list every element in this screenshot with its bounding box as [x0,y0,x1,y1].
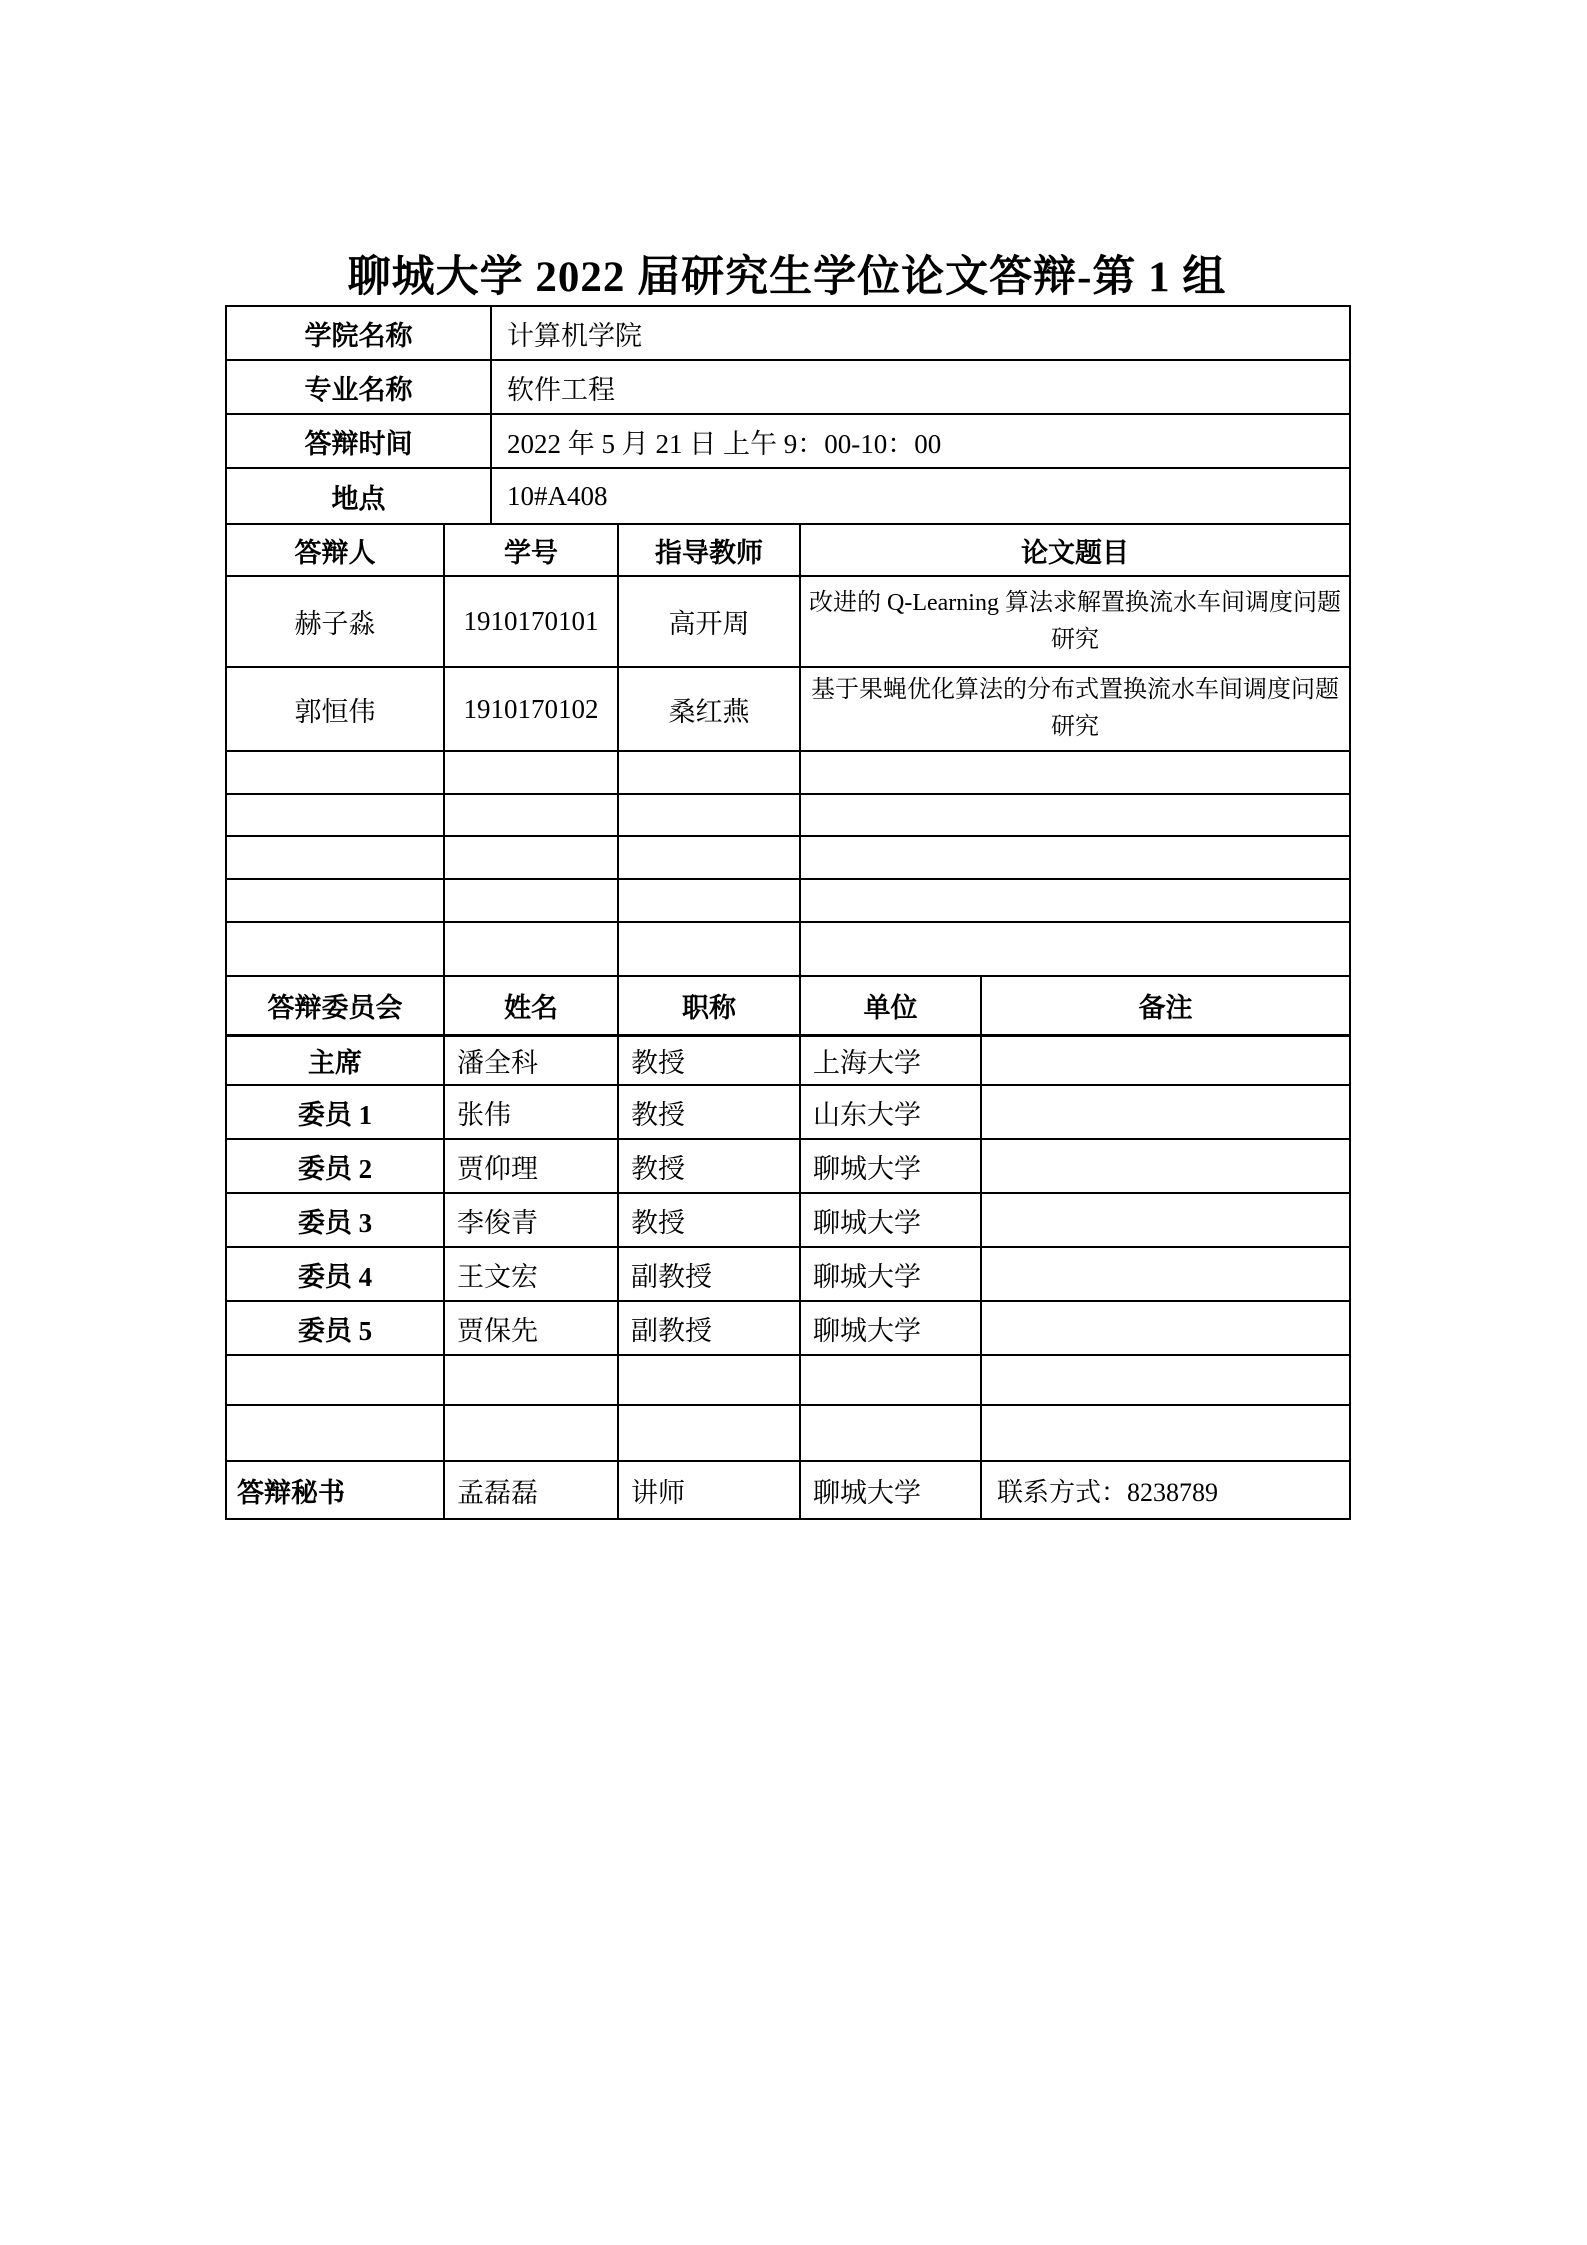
advisor-name [618,879,800,922]
student-id [444,836,618,879]
thesis-title [800,751,1350,794]
committee-table: 答辩委员会 姓名 职称 单位 备注 主席 潘全科 教授 上海大学 委员 1 张伟… [225,975,1351,1520]
member-role: 委员 5 [226,1301,444,1355]
secretary-name: 孟磊磊 [444,1461,618,1519]
member-name: 王文宏 [444,1247,618,1301]
student-id [444,922,618,976]
member-name: 张伟 [444,1085,618,1139]
defender-name: 郭恒伟 [226,667,444,751]
title-header: 职称 [618,976,800,1035]
thesis-title-header: 论文题目 [800,524,1350,576]
committee-row: 委员 5 贾保先 副教授 聊城大学 [226,1301,1350,1355]
member-note [981,1139,1350,1193]
member-title: 教授 [618,1035,800,1085]
student-row-empty [226,922,1350,976]
member-role: 委员 2 [226,1139,444,1193]
member-name: 贾保先 [444,1301,618,1355]
member-title: 教授 [618,1085,800,1139]
member-title: 副教授 [618,1301,800,1355]
info-row-location: 地点 10#A408 [226,468,1350,524]
member-unit: 聊城大学 [800,1247,981,1301]
member-unit: 上海大学 [800,1035,981,1085]
defender-name [226,922,444,976]
student-id: 1910170102 [444,667,618,751]
member-title: 教授 [618,1139,800,1193]
member-note [981,1301,1350,1355]
secretary-contact: 联系方式：8238789 [981,1461,1350,1519]
major-name-label: 专业名称 [226,360,491,414]
page-title: 聊城大学 2022 届研究生学位论文答辩-第 1 组 [225,243,1349,304]
committee-row: 委员 2 贾仰理 教授 聊城大学 [226,1139,1350,1193]
advisor-name [618,794,800,836]
secretary-role: 答辩秘书 [226,1461,444,1519]
defender-name: 赫子淼 [226,576,444,667]
advisor-name: 高开周 [618,576,800,667]
member-title [618,1355,800,1405]
thesis-title [800,879,1350,922]
info-table: 学院名称 计算机学院 专业名称 软件工程 答辩时间 2022 年 5 月 21 … [225,305,1351,525]
student-row: 赫子淼 1910170101 高开周 改进的 Q-Learning 算法求解置换… [226,576,1350,667]
defender-name [226,836,444,879]
member-unit: 聊城大学 [800,1301,981,1355]
thesis-title [800,836,1350,879]
defender-name [226,794,444,836]
info-row-major: 专业名称 软件工程 [226,360,1350,414]
member-unit: 聊城大学 [800,1193,981,1247]
member-note [981,1193,1350,1247]
college-name-label: 学院名称 [226,306,491,360]
thesis-title: 基于果蝇优化算法的分布式置换流水车间调度问题研究 [800,667,1350,751]
student-row-empty [226,794,1350,836]
member-unit: 聊城大学 [800,1139,981,1193]
info-row-college: 学院名称 计算机学院 [226,306,1350,360]
member-title [618,1405,800,1461]
committee-row: 委员 4 王文宏 副教授 聊城大学 [226,1247,1350,1301]
student-id: 1910170101 [444,576,618,667]
college-name-value: 计算机学院 [491,306,1350,360]
member-unit [800,1355,981,1405]
committee-row: 委员 3 李俊青 教授 聊城大学 [226,1193,1350,1247]
student-id [444,794,618,836]
committee-header-row: 答辩委员会 姓名 职称 单位 备注 [226,976,1350,1035]
students-header-row: 答辩人 学号 指导教师 论文题目 [226,524,1350,576]
secretary-unit: 聊城大学 [800,1461,981,1519]
secretary-title: 讲师 [618,1461,800,1519]
committee-header: 答辩委员会 [226,976,444,1035]
defense-time-label: 答辩时间 [226,414,491,468]
committee-row: 委员 1 张伟 教授 山东大学 [226,1085,1350,1139]
unit-header: 单位 [800,976,981,1035]
major-name-value: 软件工程 [491,360,1350,414]
student-id [444,751,618,794]
advisor-name [618,751,800,794]
secretary-row: 答辩秘书 孟磊磊 讲师 聊城大学 联系方式：8238789 [226,1461,1350,1519]
name-header: 姓名 [444,976,618,1035]
member-unit: 山东大学 [800,1085,981,1139]
student-row-empty [226,751,1350,794]
member-role: 委员 3 [226,1193,444,1247]
member-role: 主席 [226,1035,444,1085]
member-note [981,1035,1350,1085]
defense-schedule-tables: 学院名称 计算机学院 专业名称 软件工程 答辩时间 2022 年 5 月 21 … [225,305,1349,1520]
member-name [444,1355,618,1405]
member-name [444,1405,618,1461]
advisor-header: 指导教师 [618,524,800,576]
member-note [981,1085,1350,1139]
student-row-empty [226,879,1350,922]
thesis-title [800,794,1350,836]
student-id [444,879,618,922]
member-note [981,1405,1350,1461]
location-value: 10#A408 [491,468,1350,524]
defense-time-value: 2022 年 5 月 21 日 上午 9：00-10：00 [491,414,1350,468]
member-title: 副教授 [618,1247,800,1301]
thesis-title: 改进的 Q-Learning 算法求解置换流水车间调度问题研究 [800,576,1350,667]
info-row-time: 答辩时间 2022 年 5 月 21 日 上午 9：00-10：00 [226,414,1350,468]
committee-row: 主席 潘全科 教授 上海大学 [226,1035,1350,1085]
document-page: 聊城大学 2022 届研究生学位论文答辩-第 1 组 学院名称 计算机学院 专业… [0,0,1587,2245]
note-header: 备注 [981,976,1350,1035]
member-role: 委员 1 [226,1085,444,1139]
member-role [226,1355,444,1405]
member-name: 潘全科 [444,1035,618,1085]
member-note [981,1355,1350,1405]
member-title: 教授 [618,1193,800,1247]
member-unit [800,1405,981,1461]
location-label: 地点 [226,468,491,524]
student-row: 郭恒伟 1910170102 桑红燕 基于果蝇优化算法的分布式置换流水车间调度问… [226,667,1350,751]
member-role: 委员 4 [226,1247,444,1301]
student-id-header: 学号 [444,524,618,576]
advisor-name [618,922,800,976]
committee-row-empty [226,1355,1350,1405]
advisor-name [618,836,800,879]
defender-name [226,879,444,922]
defender-header: 答辩人 [226,524,444,576]
member-role [226,1405,444,1461]
defender-name [226,751,444,794]
thesis-title [800,922,1350,976]
member-name: 贾仰理 [444,1139,618,1193]
students-table: 答辩人 学号 指导教师 论文题目 赫子淼 1910170101 高开周 改进的 … [225,523,1351,977]
advisor-name: 桑红燕 [618,667,800,751]
committee-row-empty [226,1405,1350,1461]
member-name: 李俊青 [444,1193,618,1247]
member-note [981,1247,1350,1301]
student-row-empty [226,836,1350,879]
